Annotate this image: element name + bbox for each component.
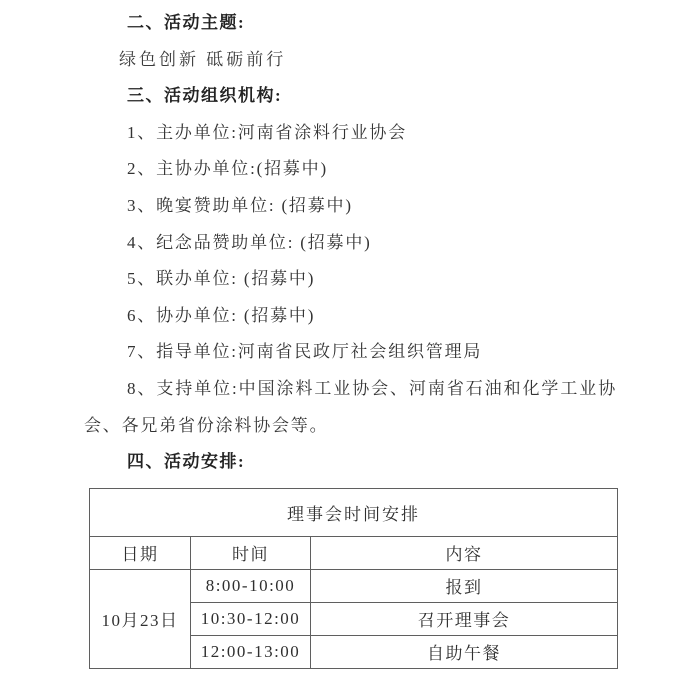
org-item-souvenir-sponsor: 4、纪念品赞助单位: (招募中) xyxy=(84,225,617,262)
time-cell: 10:30-12:00 xyxy=(191,602,311,635)
section-3-heading: 三、活动组织机构: xyxy=(84,78,617,115)
org-item-host: 1、主办单位:河南省涂料行业协会 xyxy=(84,115,617,152)
table-title: 理事会时间安排 xyxy=(90,488,618,536)
column-header-content: 内容 xyxy=(311,536,618,569)
content-cell: 召开理事会 xyxy=(311,602,618,635)
column-header-time: 时间 xyxy=(191,536,311,569)
org-item-dinner-sponsor: 3、晚宴赞助单位: (招募中) xyxy=(84,188,617,225)
org-item-support-units: 8、支持单位:中国涂料工业协会、河南省石油和化学工业协会、各兄弟省份涂料协会等。 xyxy=(84,371,617,444)
schedule-table: 理事会时间安排 日期 时间 内容 10月23日 8:00-10:00 报到 10… xyxy=(89,488,618,669)
content-cell: 自助午餐 xyxy=(311,635,618,668)
table-title-row: 理事会时间安排 xyxy=(90,488,618,536)
section-4-heading: 四、活动安排: xyxy=(84,444,617,481)
content-cell: 报到 xyxy=(311,569,618,602)
org-item-co-host: 2、主协办单位:(招募中) xyxy=(84,151,617,188)
table-row: 10月23日 8:00-10:00 报到 xyxy=(90,569,618,602)
table-header-row: 日期 时间 内容 xyxy=(90,536,618,569)
org-item-guidance-unit: 7、指导单位:河南省民政厅社会组织管理局 xyxy=(84,334,617,371)
column-header-date: 日期 xyxy=(90,536,191,569)
org-item-joint-organizer: 5、联办单位: (招募中) xyxy=(84,261,617,298)
time-cell: 12:00-13:00 xyxy=(191,635,311,668)
document-page: 二、活动主题: 绿色创新 砥砺前行 三、活动组织机构: 1、主办单位:河南省涂料… xyxy=(0,0,700,700)
document-content: 二、活动主题: 绿色创新 砥砺前行 三、活动组织机构: 1、主办单位:河南省涂料… xyxy=(0,0,700,669)
org-item-organizer: 6、协办单位: (招募中) xyxy=(84,298,617,335)
date-cell: 10月23日 xyxy=(90,569,191,668)
activity-theme-text: 绿色创新 砥砺前行 xyxy=(84,42,617,79)
section-2-heading: 二、活动主题: xyxy=(84,5,617,42)
time-cell: 8:00-10:00 xyxy=(191,569,311,602)
